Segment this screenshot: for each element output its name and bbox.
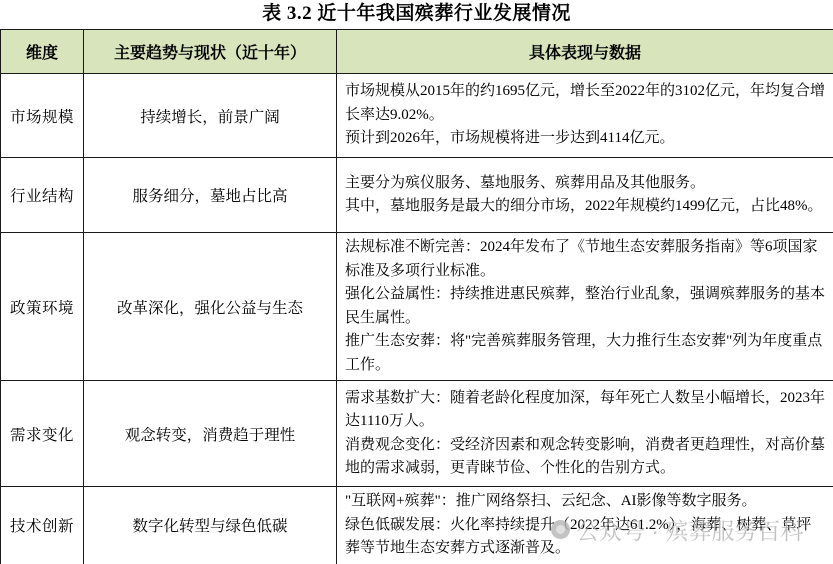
cell-trend: 观念转变，消费趋于理性 xyxy=(84,381,337,487)
cell-dimension: 市场规模 xyxy=(1,74,84,158)
header-row: 维度 主要趋势与现状（近十年） 具体表现与数据 xyxy=(1,30,833,74)
col-header-dimension: 维度 xyxy=(1,30,84,74)
col-header-trend: 主要趋势与现状（近十年） xyxy=(84,30,337,74)
table-row-policy-environment: 政策环境 改革深化，强化公益与生态 法规标准不断完善：2024年发布了《节地生态… xyxy=(1,233,833,381)
cell-details: "互联网+殡葬"：推广网络祭扫、云纪念、AI影像等数字服务。 绿色低碳发展：火化… xyxy=(337,487,833,564)
cell-dimension: 需求变化 xyxy=(1,381,84,487)
cell-dimension: 政策环境 xyxy=(1,233,84,381)
table-row-tech-innovation: 技术创新 数字化转型与绿色低碳 "互联网+殡葬"：推广网络祭扫、云纪念、AI影像… xyxy=(1,487,833,564)
cell-details: 主要分为殡仪服务、墓地服务、殡葬用品及其他服务。 其中，墓地服务是最大的细分市场… xyxy=(337,158,833,233)
col-header-details: 具体表现与数据 xyxy=(337,30,833,74)
cell-details: 需求基数扩大：随着老龄化程度加深，每年死亡人数呈小幅增长，2023年达1110万… xyxy=(337,381,833,487)
document-page: 表 3.2 近十年我国殡葬行业发展情况 维度 主要趋势与现状（近十年） 具体表现… xyxy=(0,0,833,564)
funeral-industry-table: 维度 主要趋势与现状（近十年） 具体表现与数据 市场规模 持续增长，前景广阔 市… xyxy=(0,29,833,564)
cell-details: 市场规模从2015年的约1695亿元，增长至2022年的3102亿元，年均复合增… xyxy=(337,74,833,158)
cell-dimension: 技术创新 xyxy=(1,487,84,564)
table-row-industry-structure: 行业结构 服务细分，墓地占比高 主要分为殡仪服务、墓地服务、殡葬用品及其他服务。… xyxy=(1,158,833,233)
cell-trend: 改革深化，强化公益与生态 xyxy=(84,233,337,381)
table-title: 表 3.2 近十年我国殡葬行业发展情况 xyxy=(0,0,833,29)
table-row-market-size: 市场规模 持续增长，前景广阔 市场规模从2015年的约1695亿元，增长至202… xyxy=(1,74,833,158)
cell-trend: 持续增长，前景广阔 xyxy=(84,74,337,158)
cell-trend: 服务细分，墓地占比高 xyxy=(84,158,337,233)
cell-dimension: 行业结构 xyxy=(1,158,84,233)
table-row-demand-change: 需求变化 观念转变，消费趋于理性 需求基数扩大：随着老龄化程度加深，每年死亡人数… xyxy=(1,381,833,487)
cell-details: 法规标准不断完善：2024年发布了《节地生态安葬服务指南》等6项国家标准及多项行… xyxy=(337,233,833,381)
cell-trend: 数字化转型与绿色低碳 xyxy=(84,487,337,564)
